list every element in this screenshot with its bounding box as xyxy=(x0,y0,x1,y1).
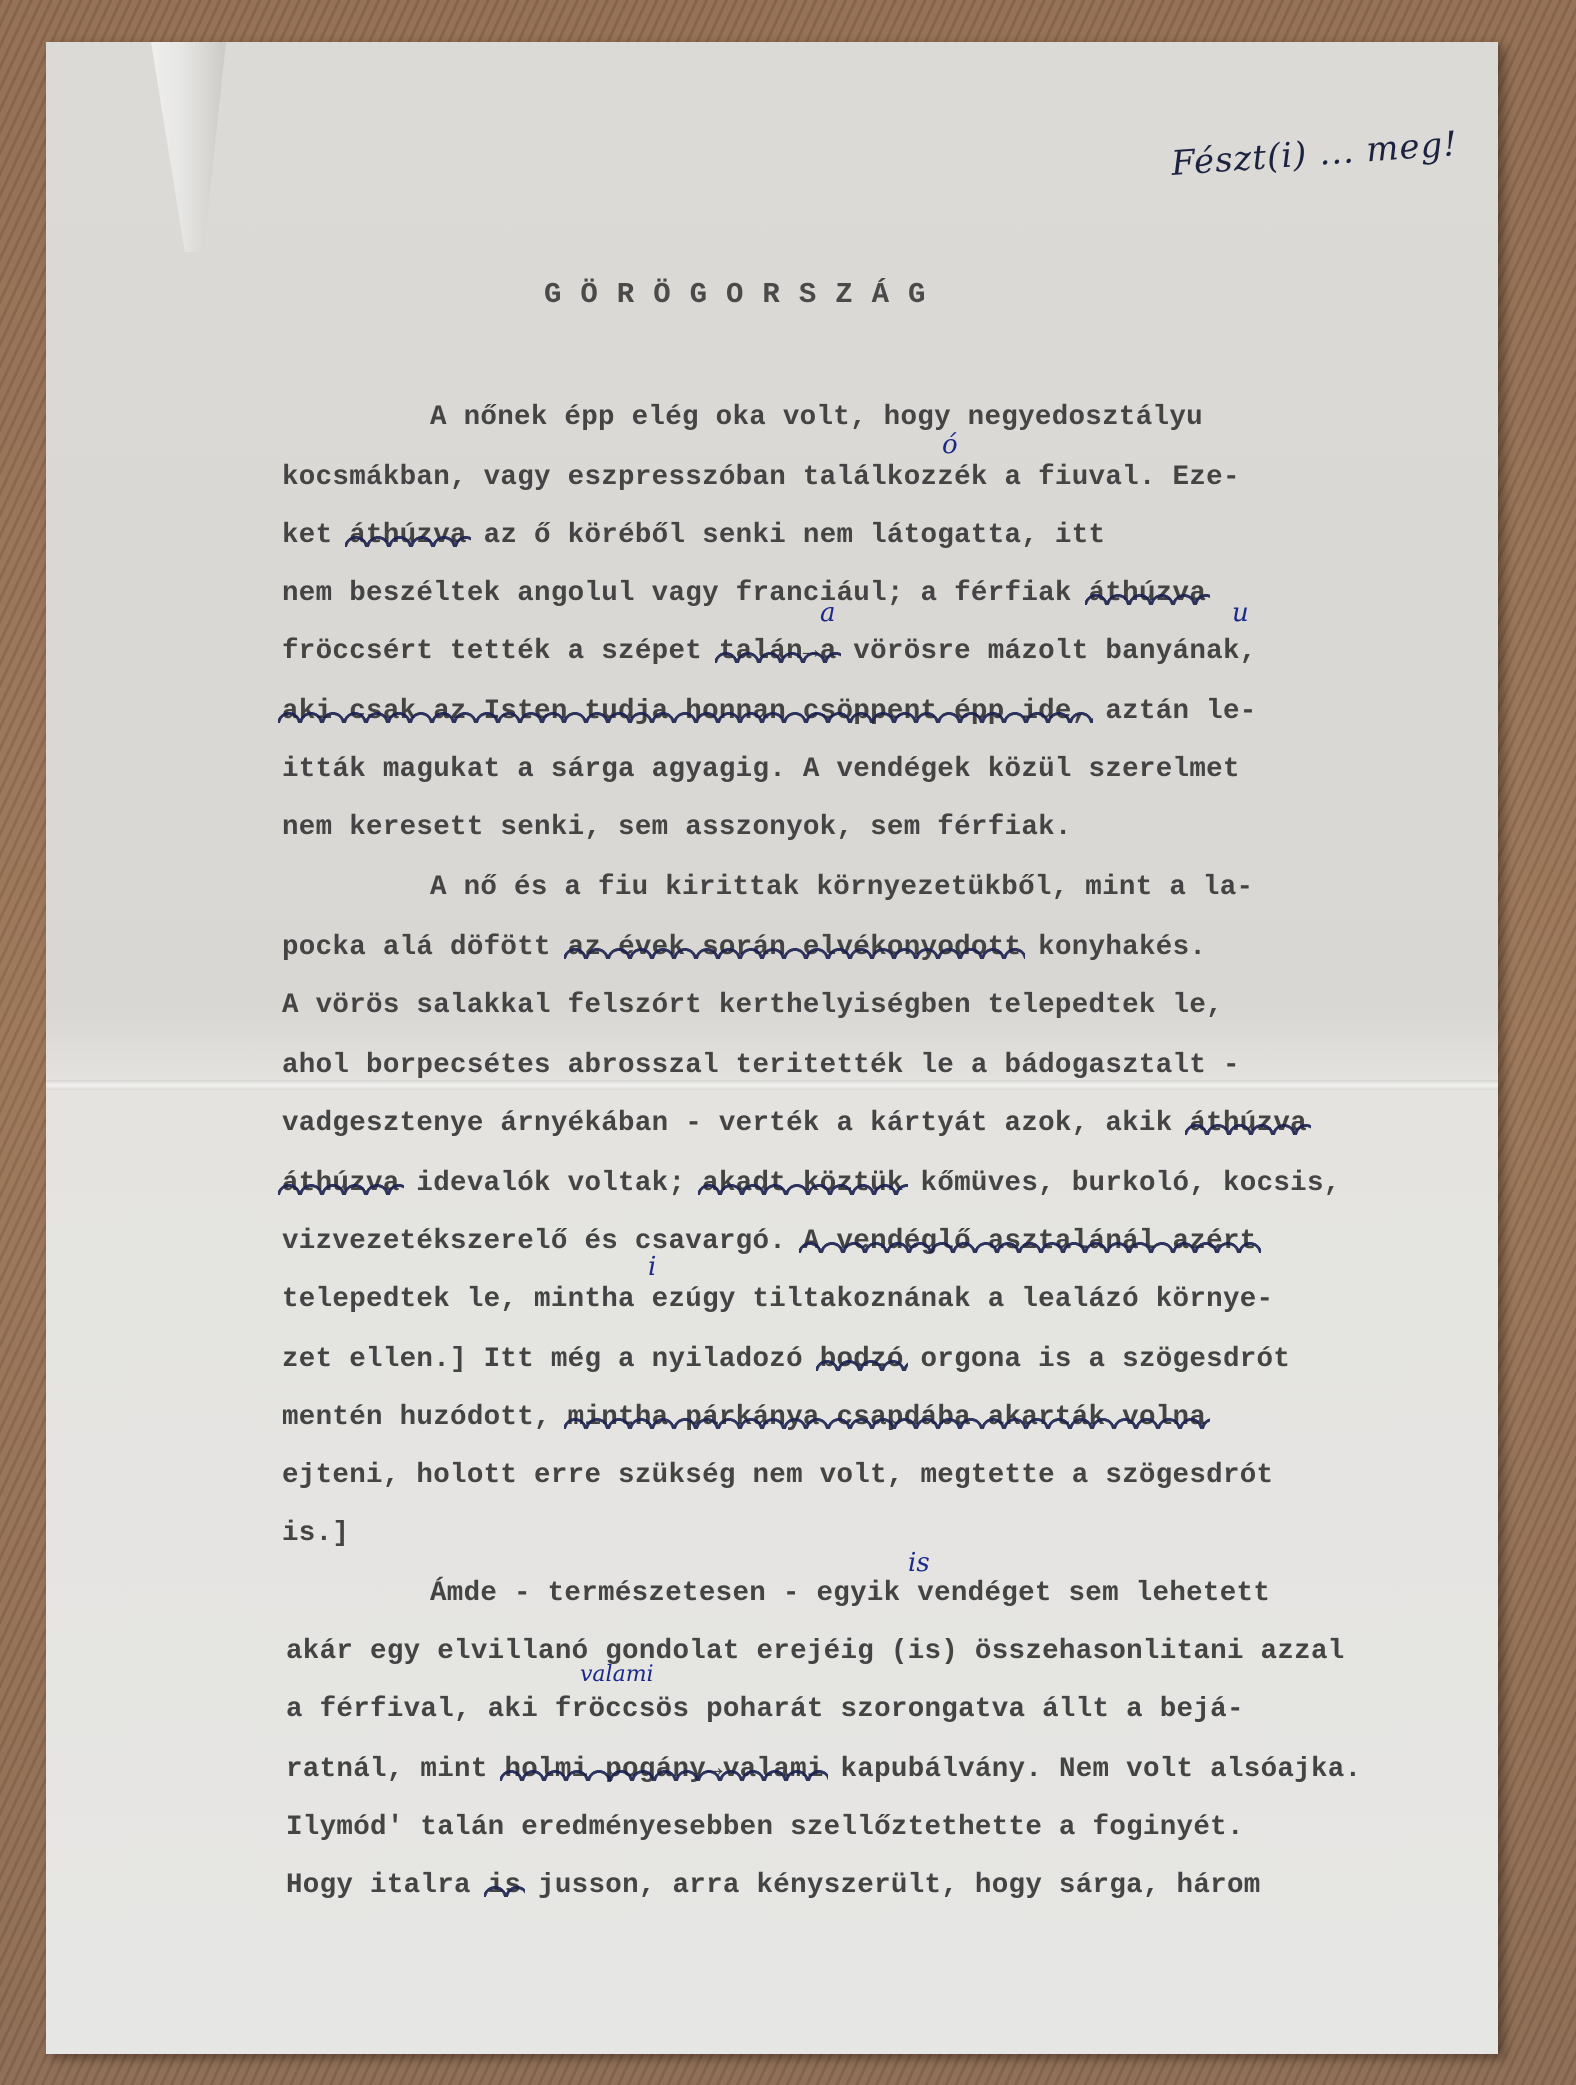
text-line: telepedtek le, mintha ezúgy tiltakoznána… xyxy=(282,1284,1273,1315)
text-line: ket áthúzva az ő köréből senki nem látog… xyxy=(282,520,1105,551)
ink-insertion: u xyxy=(1232,598,1249,628)
text-line: mentén huzódott, mintha párkánya csapdáb… xyxy=(282,1402,1206,1433)
ink-insertion: i xyxy=(648,1252,656,1282)
text-line: A nő és a fiu kirittak környezetükből, m… xyxy=(430,872,1253,903)
ink-insertion: a xyxy=(820,598,836,628)
text-line: kocsmákban, vagy eszpresszóban találkozz… xyxy=(282,462,1240,493)
page-title: GÖRÖGORSZÁG xyxy=(544,278,944,311)
text-line: fröccsért tették a szépet talán→a vörösr… xyxy=(282,636,1257,667)
typewritten-page: Fészt(i) ... meg! GÖRÖGORSZÁG xyxy=(46,42,1498,2054)
text-line: zet ellen.] Itt még a nyiladozó bodzó or… xyxy=(282,1344,1290,1375)
text-line: ejteni, holott erre szükség nem volt, me… xyxy=(282,1460,1273,1491)
text-line: akár egy elvillanó gondolat erejéig (is)… xyxy=(286,1636,1345,1667)
text-line: áthúzva idevalók voltak; akadt köztük kő… xyxy=(282,1168,1341,1199)
handwritten-note: Fészt(i) ... meg! xyxy=(1170,124,1459,184)
text-line: pocka alá döfött az évek során elvékonyo… xyxy=(282,932,1206,963)
text-line: Hogy italra is jusson, arra kényszerült,… xyxy=(286,1870,1261,1901)
text-line: itták magukat a sárga agyagig. A vendége… xyxy=(282,754,1240,785)
text-line: ratnál, mint holmi pogány→valami kapubál… xyxy=(286,1754,1361,1785)
ink-insertion: valami xyxy=(580,1662,654,1687)
text-line: nem keresett senki, sem asszonyok, sem f… xyxy=(282,812,1072,843)
folded-corner xyxy=(151,42,226,252)
ink-insertion: ó xyxy=(942,430,958,460)
text-line: a férfival, aki fröccsös poharát szorong… xyxy=(286,1694,1244,1725)
text-line: nem beszéltek angolul vagy franciául; a … xyxy=(282,578,1206,609)
text-line: vadgesztenye árnyékában - verték a kárty… xyxy=(282,1108,1307,1139)
text-line: A nőnek épp elég oka volt, hogy negyedos… xyxy=(430,402,1203,433)
text-line: is.] xyxy=(282,1518,349,1549)
text-line: Ilymód' talán eredményesebben szellőztet… xyxy=(286,1812,1244,1843)
text-line: vizvezetékszerelő és csavargó. A vendégl… xyxy=(282,1226,1257,1257)
ink-insertion: is xyxy=(908,1548,930,1578)
text-line: ahol borpecsétes abrosszal teritették le… xyxy=(282,1050,1240,1081)
text-line: Ámde - természetesen - egyik vendéget se… xyxy=(430,1578,1270,1609)
text-line: aki csak az Isten tudja honnan csöppent … xyxy=(282,696,1257,727)
text-line: A vörös salakkal felszórt kerthelyiségbe… xyxy=(282,990,1223,1021)
